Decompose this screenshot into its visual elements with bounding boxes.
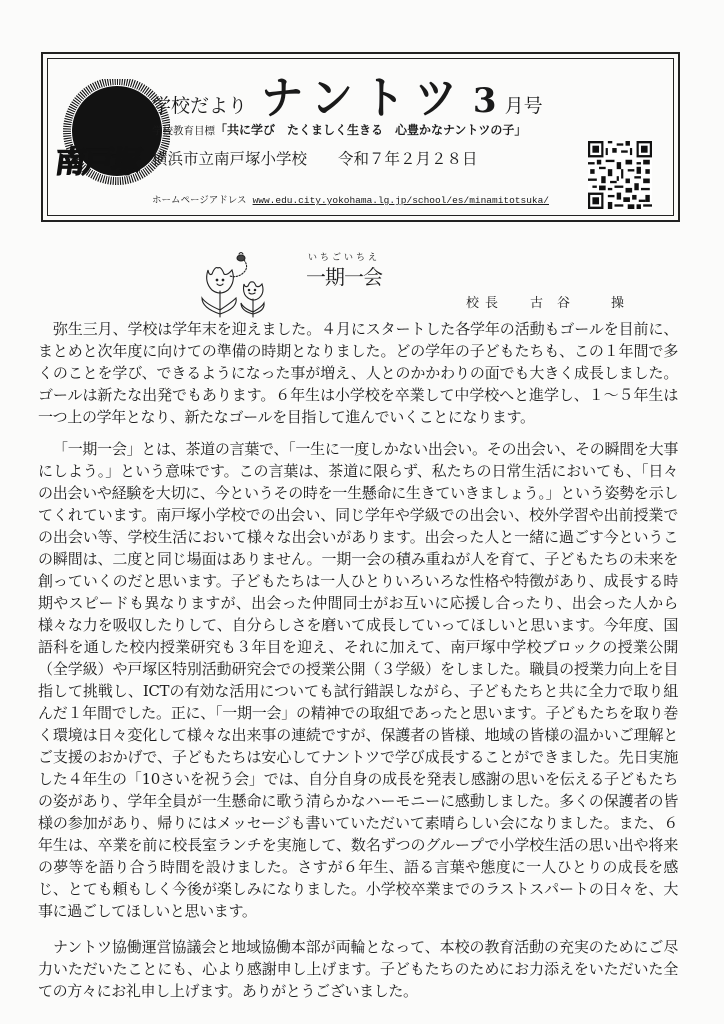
goal-text: 「共に学び たくましく生きる 心豊かなナントツの子」 [215,123,526,137]
paragraph-1: 弥生三月、学校は学年末を迎えました。４月にスタートした各学年の活動もゴールを目前… [38,318,678,428]
author-role: 校長 [466,296,504,311]
article-body: 弥生三月、学校は学年末を迎えました。４月にスタートした各学年の活動もゴールを目前… [38,318,678,1002]
homepage-row: ホームページアドレス www.edu.city.yokohama.lg.jp/s… [152,192,549,206]
title-ruby: いちごいちえ [306,250,382,263]
title-prefix: 学校だより [152,91,247,118]
issue-date: 令和７年２月２８日 [338,150,478,168]
newsletter-title: 学校だより ナントツ 3 月号 [152,65,543,125]
paragraph-3: ナントツ協働運営協議会と地域協働本部が両輪となって、本校の教育活動の充実のために… [38,936,678,1002]
title-month-suffix: 月号 [505,91,543,118]
school-info: 横浜市立南戸塚小学校 令和７年２月２８日 [152,147,477,169]
title-heading: 一期一会 [306,265,382,289]
newsletter-header: 南戸塚 学校だより ナントツ 3 月号 学校教育目標「共に学び たくましく生きる… [41,52,680,222]
header-inner-border: 南戸塚 学校だより ナントツ 3 月号 学校教育目標「共に学び たくましく生きる… [47,58,674,216]
school-name: 横浜市立南戸塚小学校 [152,150,307,168]
education-goal: 学校教育目標「共に学び たくましく生きる 心豊かなナントツの子」 [152,121,526,138]
logo-text: 南戸塚 [53,137,143,181]
tulip-illustration-icon [198,248,278,318]
paragraph-2: 「一期一会」とは、茶道の言葉で、「一生に一度しかない出会い。その出会い、その瞬間… [38,438,678,922]
author-name: 古谷 操 [530,296,638,311]
title-main: ナントツ [261,64,467,127]
homepage-link[interactable]: www.edu.city.yokohama.lg.jp/school/es/mi… [253,195,549,206]
homepage-label: ホームページアドレス [152,195,247,206]
title-month-number: 3 [473,81,497,121]
goal-label: 学校教育目標 [152,125,215,137]
article-title: いちごいちえ 一期一会 [306,250,382,290]
qr-code-icon[interactable] [588,141,652,209]
article-author: 校長古谷 操 [466,292,638,311]
